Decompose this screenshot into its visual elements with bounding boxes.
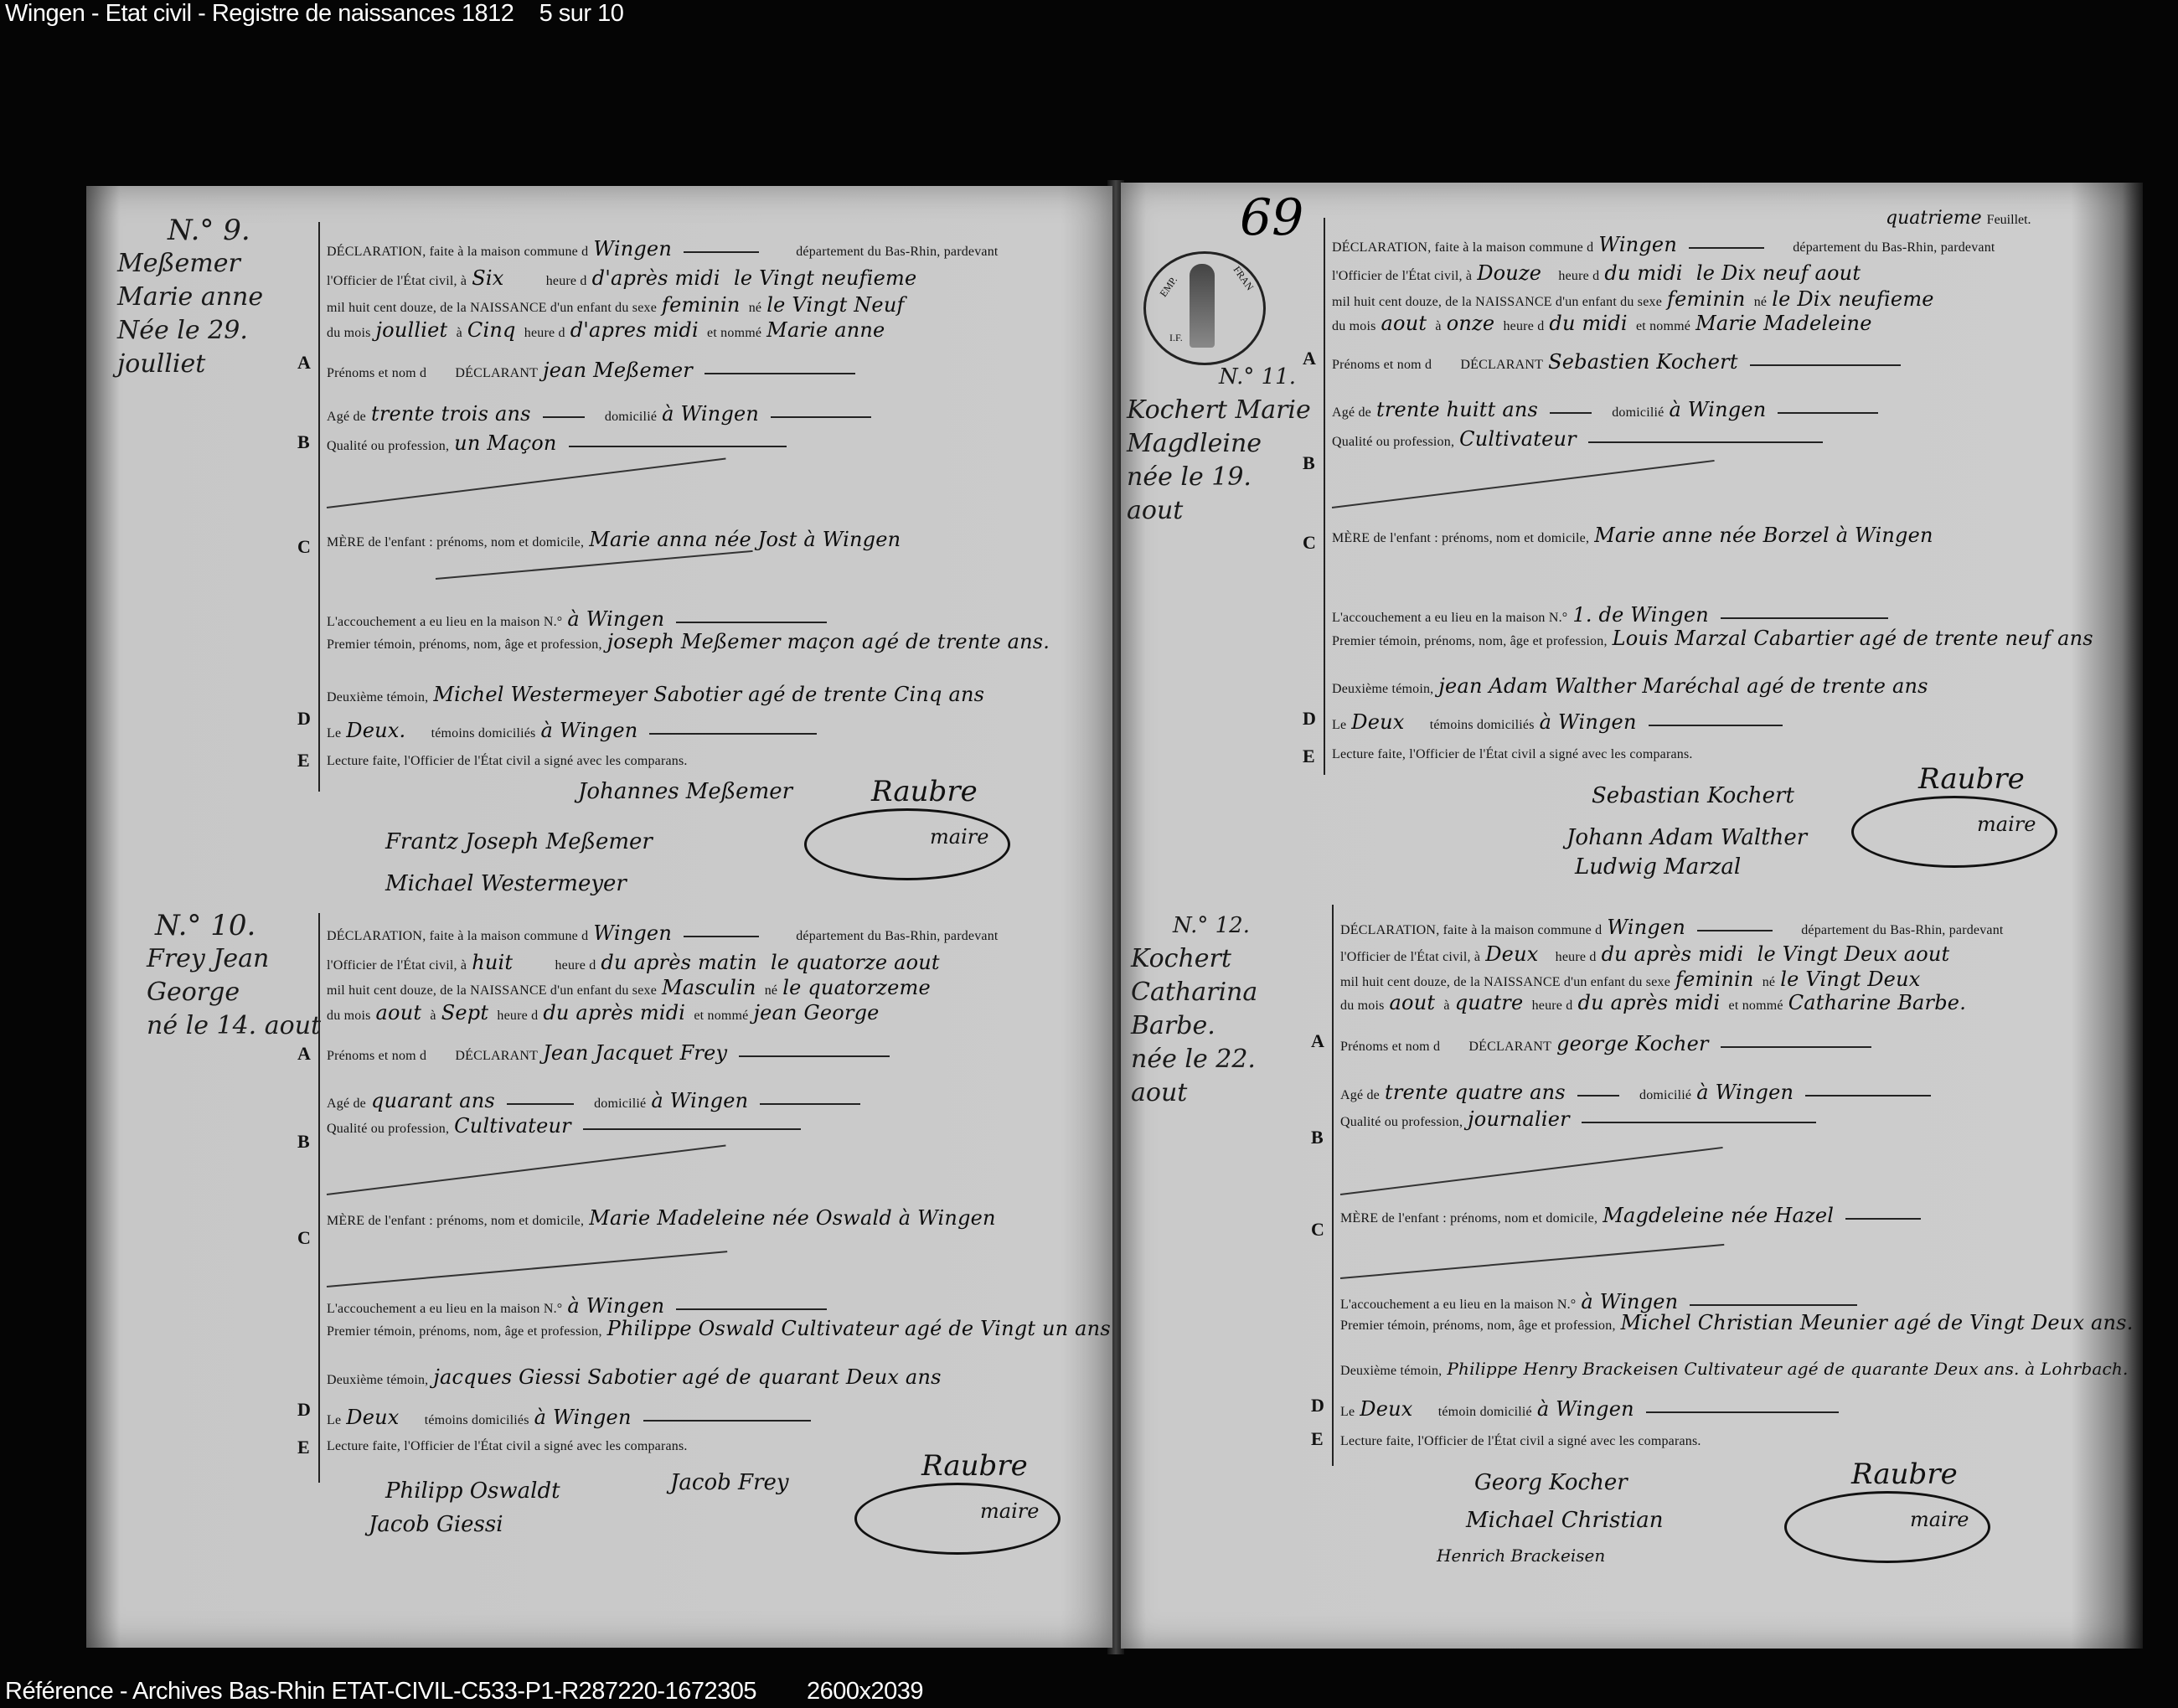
declarant-value: Sebastien Kochert <box>1548 350 1738 374</box>
declarant-line: Prénoms et nom d DÉCLARANTgeorge Kocher <box>1340 1032 1871 1055</box>
age-line: Agé detrente trois ans domiciliéà Wingen <box>327 402 871 426</box>
first-witness-line: Premier témoin, prénoms, nom, âge et pro… <box>1340 1311 2139 1334</box>
birth-line: mil huit cent douze, de la NAISSANCE d'u… <box>1340 968 1925 991</box>
label: département du Bas-Rhin, pardevant <box>796 929 998 943</box>
profession-value: Cultivateur <box>1459 427 1577 451</box>
signature: Ludwig Marzal <box>1575 854 1741 880</box>
house-value: à Wingen <box>567 1294 664 1318</box>
mother-value: Marie anna née Jost à Wingen <box>589 528 901 551</box>
label: Le <box>1332 718 1346 732</box>
sex-value: Masculin <box>662 976 756 999</box>
signature: Johannes Meßemer <box>578 779 792 804</box>
entry-number: N.° 12. <box>1173 909 1315 942</box>
birth-period-value: du après midi <box>1578 991 1721 1014</box>
label: Deuxième témoin, <box>1332 682 1433 696</box>
month-value: aout <box>376 1001 422 1024</box>
margin-note-entry-9: N.° 9. Meßemer Marie anne Née le 29. jou… <box>117 214 310 381</box>
section-letter-e: E <box>1303 746 1315 767</box>
birth-hour-value: quatre <box>1455 991 1524 1014</box>
commune-value: Wingen <box>593 237 672 261</box>
officier-line: l'Officier de l'État civil, àSix heure d… <box>327 266 921 290</box>
signature: Georg Kocher <box>1474 1470 1628 1495</box>
label: mil huit cent douze, de la NAISSANCE d'u… <box>327 301 657 315</box>
born-day-value: le quatorzeme <box>782 976 931 999</box>
label: à <box>1443 998 1449 1013</box>
margin-child-name: Kochert Catharina Barbe. <box>1131 942 1315 1043</box>
section-letter-b: B <box>1303 452 1315 474</box>
officier-line: l'Officier de l'État civil, àhuit heure … <box>327 951 945 974</box>
hour-value: Six <box>472 266 503 290</box>
hour-value: huit <box>472 951 513 974</box>
witness-domicile-value: à Wingen <box>1540 710 1637 734</box>
profession-value: journalier <box>1468 1107 1570 1131</box>
child-name-value: Marie Madeleine <box>1695 312 1872 335</box>
document-title: Wingen - Etat civil - Registre de naissa… <box>5 0 514 27</box>
second-witness-value: jean Adam Walther Maréchal agé de trente… <box>1438 674 1928 698</box>
first-witness-value: Michel Christian Meunier agé de Vingt De… <box>1621 1311 2134 1334</box>
declaration-date-value: le quatorze aout <box>771 951 940 974</box>
born-day-value: le Dix neufieme <box>1772 287 1933 311</box>
label: Prénoms et nom d <box>327 366 426 380</box>
declarant-value: jean Meßemer <box>543 359 693 382</box>
label: L'accouchement a eu lieu en la maison N.… <box>327 615 562 629</box>
witness-domicile-value: à Wingen <box>540 719 637 742</box>
label: l'Officier de l'État civil, à <box>1340 950 1480 964</box>
label: Deuxième témoin, <box>1340 1364 1442 1378</box>
profession-value: Cultivateur <box>454 1114 571 1138</box>
hour-period-value: du midi <box>1604 261 1682 285</box>
label: et nommé <box>694 1009 748 1023</box>
delivery-line: L'accouchement a eu lieu en la maison N.… <box>1340 1290 1857 1313</box>
label: Qualité ou profession, <box>327 1122 449 1136</box>
birth-line: mil huit cent douze, de la NAISSANCE d'u… <box>327 293 910 317</box>
viewer-title-bar: Wingen - Etat civil - Registre de naissa… <box>5 0 623 28</box>
image-dimensions: 2600x2039 <box>807 1678 923 1705</box>
reading-clause: Lecture faite, l'Officier de l'État civi… <box>1340 1434 1701 1449</box>
sex-value: feminin <box>1667 287 1746 311</box>
age-line: Agé detrente huitt ans domiciliéà Wingen <box>1332 398 1878 421</box>
label: DÉCLARATION, faite à la maison commune d <box>1340 923 1602 937</box>
birth-line: mil huit cent douze, de la NAISSANCE d'u… <box>1332 287 1939 311</box>
child-name-value: jean George <box>753 1001 879 1024</box>
witness-count-value: Deux <box>1351 710 1404 734</box>
mayor-title: maire <box>1910 1508 1969 1531</box>
label: du mois <box>327 1009 371 1023</box>
label: MÈRE de l'enfant : prénoms, nom et domic… <box>327 535 584 550</box>
declaration-line: DÉCLARATION, faite à la maison commune d… <box>1332 233 1995 256</box>
delivery-line: L'accouchement a eu lieu en la maison N.… <box>327 1294 827 1318</box>
signature: Henrich Brackeisen <box>1437 1545 1605 1566</box>
age-value: trente huitt ans <box>1376 398 1538 421</box>
age-value: trente quatre ans <box>1385 1081 1566 1104</box>
sheet-word: Feuillet. <box>1987 213 2031 227</box>
margin-rule <box>318 222 320 792</box>
witnesses-domicile-line: LeDeux témoin domiciliéà Wingen <box>1340 1397 1839 1421</box>
label: témoins domiciliés <box>1430 718 1535 732</box>
mother-line: MÈRE de l'enfant : prénoms, nom et domic… <box>1332 524 1938 547</box>
house-value: 1. de Wingen <box>1572 603 1709 627</box>
signature: Sebastian Kochert <box>1592 783 1794 808</box>
label: Qualité ou profession, <box>327 439 449 453</box>
mayor-signature: Raubre maire <box>804 775 1014 875</box>
domicile-value: à Wingen <box>651 1089 748 1112</box>
sheet-ordinal: quatrieme <box>1886 208 1982 229</box>
sheet-label: quatriemeFeuillet. <box>1881 208 2031 229</box>
signature: Jacob Frey <box>670 1470 789 1495</box>
margin-child-name: Frey Jean George <box>147 942 323 1009</box>
mayor-signature: Raubre maire <box>1851 762 2061 863</box>
entry-number: N.° 10. <box>155 909 323 942</box>
second-witness-value: Michel Westermeyer Sabotier agé de trent… <box>433 683 984 706</box>
second-witness-line: Deuxième témoin,Michel Westermeyer Sabot… <box>327 683 989 706</box>
profession-line: Qualité ou profession,un Maçon <box>327 431 787 455</box>
month-line: du moisaout àquatre heure ddu après midi… <box>1340 991 1971 1014</box>
label: département du Bas-Rhin, pardevant <box>796 245 998 259</box>
witness-domicile-value: à Wingen <box>1537 1397 1634 1421</box>
label: heure d <box>1556 950 1597 964</box>
label: Premier témoin, prénoms, nom, âge et pro… <box>327 1324 602 1339</box>
mayor-signature: Raubre maire <box>854 1449 1064 1550</box>
label: né <box>1754 295 1768 309</box>
imperial-tax-stamp: EMP. FRAN I.F. <box>1143 251 1266 365</box>
margin-rule <box>1324 218 1325 775</box>
margin-child-name: Kochert Marie Magdleine <box>1127 394 1311 461</box>
label: à <box>430 1009 436 1023</box>
label: Agé de <box>327 1097 366 1111</box>
declarant-value: Jean Jacquet Frey <box>543 1041 727 1065</box>
month-line: du moisaout àSept heure ddu après midi e… <box>327 1001 885 1024</box>
label: Le <box>327 726 341 740</box>
birth-hour-value: onze <box>1447 312 1495 335</box>
label: DÉCLARANT <box>1468 1040 1551 1054</box>
margin-note-entry-12: N.° 12. Kochert Catharina Barbe. née le … <box>1131 909 1315 1110</box>
commune-value: Wingen <box>1607 916 1685 939</box>
label: Prénoms et nom d <box>1340 1040 1440 1054</box>
witness-count-value: Deux <box>346 1406 399 1429</box>
margin-rule <box>1332 905 1334 1466</box>
age-line: Agé dequarant ans domiciliéà Wingen <box>327 1089 860 1112</box>
birth-period-value: du midi <box>1549 312 1627 335</box>
sex-value: feminin <box>662 293 741 317</box>
label: heure d <box>1532 998 1573 1013</box>
reading-clause: Lecture faite, l'Officier de l'État civi… <box>327 754 688 769</box>
declarant-line: Prénoms et nom d DÉCLARANTjean Meßemer <box>327 359 855 382</box>
born-day-value: le Vingt Deux <box>1780 968 1920 991</box>
label: DÉCLARANT <box>455 1049 538 1063</box>
domicile-value: à Wingen <box>1696 1081 1793 1104</box>
label: du mois <box>1340 998 1385 1013</box>
margin-birth-date: né le 14. aout <box>147 1009 323 1043</box>
label: à <box>1435 319 1441 333</box>
label: mil huit cent douze, de la NAISSANCE d'u… <box>1340 975 1670 989</box>
birth-hour-value: Cinq <box>467 318 516 342</box>
label: heure d <box>555 958 596 973</box>
label: DÉCLARANT <box>455 366 538 380</box>
label: né <box>1763 975 1776 989</box>
first-witness-value: joseph Meßemer maçon agé de trente ans. <box>607 630 1050 653</box>
witnesses-domicile-line: LeDeux témoins domiciliésà Wingen <box>1332 710 1783 734</box>
label: et nommé <box>707 326 761 340</box>
label: Qualité ou profession, <box>1340 1115 1463 1129</box>
second-witness-line: Deuxième témoin,jacques Giessi Sabotier … <box>327 1365 947 1389</box>
month-line: du moisjoulliet àCinq heure dd'apres mid… <box>327 318 890 342</box>
signature: Jacob Giessi <box>369 1512 503 1537</box>
reading-clause: Lecture faite, l'Officier de l'État civi… <box>327 1439 688 1454</box>
label: Deuxième témoin, <box>327 690 428 704</box>
label: Prénoms et nom d <box>327 1049 426 1063</box>
profession-line: Qualité ou profession,Cultivateur <box>327 1114 801 1138</box>
witnesses-domicile-line: LeDeux témoins domiciliésà Wingen <box>327 1406 811 1429</box>
label: DÉCLARATION, faite à la maison commune d <box>327 245 588 259</box>
child-name-value: Marie anne <box>766 318 885 342</box>
margin-note-entry-11: N.° 11. Kochert Marie Magdleine née le 1… <box>1127 360 1311 528</box>
hour-period-value: du après midi <box>1602 942 1744 966</box>
margin-birth-date: Née le 29. joulliet <box>117 314 310 381</box>
witnesses-domicile-line: LeDeux. témoins domiciliésà Wingen <box>327 719 817 742</box>
delivery-line: L'accouchement a eu lieu en la maison N.… <box>1332 603 1888 627</box>
mayor-name: Raubre <box>871 775 978 808</box>
mayor-title: maire <box>980 1499 1039 1523</box>
birth-period-value: d'apres midi <box>570 318 699 342</box>
first-witness-line: Premier témoin, prénoms, nom, âge et pro… <box>1332 627 2098 650</box>
section-letter-b: B <box>297 431 310 453</box>
label: à <box>457 326 462 340</box>
label: et nommé <box>1729 998 1783 1013</box>
age-line: Agé detrente quatre ans domiciliéà Winge… <box>1340 1081 1931 1104</box>
label: l'Officier de l'État civil, à <box>327 958 467 973</box>
first-witness-line: Premier témoin, prénoms, nom, âge et pro… <box>327 1317 1116 1340</box>
hour-value: Douze <box>1477 261 1541 285</box>
commune-value: Wingen <box>593 921 672 945</box>
declaration-line: DÉCLARATION, faite à la maison commune d… <box>1340 916 2004 939</box>
label: témoins domiciliés <box>431 726 536 740</box>
margin-child-name: Meßemer Marie anne <box>117 247 310 314</box>
label: Prénoms et nom d <box>1332 358 1432 372</box>
hour-period-value: du après matin <box>601 951 756 974</box>
stamp-figure-icon <box>1190 264 1215 348</box>
declaration-date-value: le Dix neuf aout <box>1696 261 1861 285</box>
section-letter-e: E <box>1311 1428 1324 1450</box>
label: Deuxième témoin, <box>327 1373 428 1387</box>
label: Premier témoin, prénoms, nom, âge et pro… <box>1340 1318 1616 1333</box>
profession-value: un Maçon <box>454 431 556 455</box>
label: domicilié <box>1639 1088 1691 1102</box>
mayor-title: maire <box>1977 813 2036 836</box>
profession-line: Qualité ou profession,Cultivateur <box>1332 427 1823 451</box>
section-letter-c: C <box>297 1227 311 1249</box>
label: domicilié <box>594 1097 646 1111</box>
first-witness-value: Philippe Oswald Cultivateur agé de Vingt… <box>607 1317 1111 1340</box>
section-letter-c: C <box>297 536 311 558</box>
mother-value: Marie Madeleine née Oswald à Wingen <box>589 1206 996 1230</box>
officier-line: l'Officier de l'État civil, àDeux heure … <box>1340 942 1954 966</box>
label: Agé de <box>327 410 366 424</box>
label: L'accouchement a eu lieu en la maison N.… <box>1340 1298 1576 1312</box>
officier-line: l'Officier de l'État civil, àDouze heure… <box>1332 261 1866 285</box>
archive-reference: Référence - Archives Bas-Rhin ETAT-CIVIL… <box>5 1678 756 1705</box>
label: Le <box>1340 1405 1355 1419</box>
label: Agé de <box>1332 405 1371 420</box>
label: DÉCLARANT <box>1460 358 1543 372</box>
margin-birth-date: née le 19. aout <box>1127 461 1311 528</box>
label: né <box>749 301 762 315</box>
entry-number: N.° 11. <box>1219 360 1311 394</box>
section-letter-c: C <box>1303 532 1316 554</box>
label: MÈRE de l'enfant : prénoms, nom et domic… <box>327 1214 584 1228</box>
section-letter-a: A <box>297 352 311 374</box>
birth-period-value: du après midi <box>543 1001 685 1024</box>
commune-value: Wingen <box>1598 233 1677 256</box>
label: MÈRE de l'enfant : prénoms, nom et domic… <box>1332 531 1589 545</box>
label: l'Officier de l'État civil, à <box>1332 269 1472 283</box>
month-value: aout <box>1381 312 1427 335</box>
label: mil huit cent douze, de la NAISSANCE d'u… <box>1332 295 1662 309</box>
second-witness-line: Deuxième témoin,Philippe Henry Brackeise… <box>1340 1359 2134 1379</box>
label: né <box>765 983 778 998</box>
section-letter-c: C <box>1311 1219 1324 1241</box>
birth-hour-value: Sept <box>441 1001 488 1024</box>
section-letter-a: A <box>1311 1030 1324 1052</box>
label: Agé de <box>1340 1088 1380 1102</box>
reading-clause: Lecture faite, l'Officier de l'État civi… <box>1332 747 1693 762</box>
mayor-signature: Raubre maire <box>1784 1458 1994 1558</box>
label: heure d <box>1503 319 1544 333</box>
declaration-date-value: le Vingt Deux aout <box>1757 942 1950 966</box>
label: heure d <box>524 326 565 340</box>
house-value: à Wingen <box>567 607 664 631</box>
domicile-value: à Wingen <box>662 402 759 426</box>
declaration-line: DÉCLARATION, faite à la maison commune d… <box>327 237 999 261</box>
domicile-value: à Wingen <box>1669 398 1766 421</box>
sex-value: feminin <box>1675 968 1754 991</box>
label: et nommé <box>1636 319 1690 333</box>
mayor-name: Raubre <box>1918 762 2025 796</box>
signature: Michael Westermeyer <box>385 871 627 896</box>
label: Qualité ou profession, <box>1332 435 1454 449</box>
mayor-name: Raubre <box>921 1449 1028 1483</box>
signature: Michael Christian <box>1466 1508 1663 1533</box>
label: heure d <box>1558 269 1599 283</box>
label: Le <box>327 1413 341 1427</box>
label: domicilié <box>1612 405 1664 420</box>
child-name-value: Catharine Barbe. <box>1788 991 1966 1014</box>
margin-note-entry-10: N.° 10. Frey Jean George né le 14. aout <box>147 909 323 1043</box>
delivery-line: L'accouchement a eu lieu en la maison N.… <box>327 607 827 631</box>
witness-domicile-value: à Wingen <box>534 1406 632 1429</box>
folio-number: 69 <box>1240 188 1303 247</box>
section-letter-b: B <box>1311 1127 1324 1148</box>
label: l'Officier de l'État civil, à <box>327 274 467 288</box>
age-value: quarant ans <box>371 1089 495 1112</box>
mayor-name: Raubre <box>1851 1458 1958 1491</box>
witness-count-value: Deux. <box>346 719 405 742</box>
born-day-value: le Vingt Neuf <box>766 293 904 317</box>
label: témoin domicilié <box>1438 1405 1532 1419</box>
mother-line: MÈRE de l'enfant : prénoms, nom et domic… <box>1340 1204 1921 1227</box>
hour-period-value: d'après midi <box>592 266 720 290</box>
section-letter-d: D <box>1311 1395 1324 1416</box>
mother-line: MÈRE de l'enfant : prénoms, nom et domic… <box>327 528 906 551</box>
mayor-title: maire <box>930 825 988 849</box>
first-witness-value: Louis Marzal Cabartier agé de trente neu… <box>1613 627 2093 650</box>
label: DÉCLARATION, faite à la maison commune d <box>1332 240 1593 255</box>
section-letter-a: A <box>1303 348 1316 369</box>
hour-value: Deux <box>1485 942 1538 966</box>
label: MÈRE de l'enfant : prénoms, nom et domic… <box>1340 1211 1597 1226</box>
month-value: aout <box>1390 991 1436 1014</box>
house-value: à Wingen <box>1581 1290 1678 1313</box>
declaration-line: DÉCLARATION, faite à la maison commune d… <box>327 921 999 945</box>
section-letter-d: D <box>1303 708 1316 730</box>
label: témoins domiciliés <box>425 1413 529 1427</box>
signature: Johann Adam Walther <box>1566 825 1807 850</box>
label: domicilié <box>605 410 657 424</box>
section-letter-d: D <box>297 1399 311 1421</box>
first-witness-line: Premier témoin, prénoms, nom, âge et pro… <box>327 630 1055 653</box>
second-witness-value: jacques Giessi Sabotier agé de quarant D… <box>433 1365 941 1389</box>
margin-rule <box>318 913 320 1483</box>
stamp-text-left: EMP. <box>1157 274 1179 299</box>
section-letter-e: E <box>297 750 310 771</box>
declarant-value: george Kocher <box>1556 1032 1709 1055</box>
label: DÉCLARATION, faite à la maison commune d <box>327 929 588 943</box>
declaration-date-value: le Vingt neufieme <box>734 266 916 290</box>
stamp-text-bottom: I.F. <box>1169 332 1183 344</box>
label: heure d <box>546 274 587 288</box>
section-letter-b: B <box>297 1131 310 1153</box>
second-witness-line: Deuxième témoin,jean Adam Walther Maréch… <box>1332 674 1933 698</box>
signature: Philipp Oswaldt <box>385 1478 560 1504</box>
label: du mois <box>1332 319 1376 333</box>
age-value: trente trois ans <box>371 402 531 426</box>
mother-value: Magdeleine née Hazel <box>1603 1204 1834 1227</box>
section-letter-d: D <box>297 708 311 730</box>
page-indicator: 5 sur 10 <box>539 0 624 27</box>
profession-line: Qualité ou profession,journalier <box>1340 1107 1816 1131</box>
viewer-reference-bar: Référence - Archives Bas-Rhin ETAT-CIVIL… <box>5 1678 923 1705</box>
month-line: du moisaout àonze heure ddu midi et nomm… <box>1332 312 1877 335</box>
label: Premier témoin, prénoms, nom, âge et pro… <box>1332 634 1608 648</box>
second-witness-value: Philippe Henry Brackeisen Cultivateur ag… <box>1447 1359 2128 1379</box>
entry-number: N.° 9. <box>168 214 310 247</box>
section-letter-e: E <box>297 1437 310 1458</box>
label: L'accouchement a eu lieu en la maison N.… <box>327 1302 562 1316</box>
label: Premier témoin, prénoms, nom, âge et pro… <box>327 637 602 652</box>
label: du mois <box>327 326 371 340</box>
mother-line: MÈRE de l'enfant : prénoms, nom et domic… <box>327 1206 1001 1230</box>
birth-line: mil huit cent douze, de la NAISSANCE d'u… <box>327 976 936 999</box>
month-value: joulliet <box>376 318 448 342</box>
signature: Frantz Joseph Meßemer <box>385 829 653 854</box>
label: mil huit cent douze, de la NAISSANCE d'u… <box>327 983 657 998</box>
declarant-line: Prénoms et nom d DÉCLARANTJean Jacquet F… <box>327 1041 890 1065</box>
witness-count-value: Deux <box>1360 1397 1412 1421</box>
label: département du Bas-Rhin, pardevant <box>1801 923 2003 937</box>
label: heure d <box>497 1009 538 1023</box>
mother-value: Marie anne née Borzel à Wingen <box>1594 524 1933 547</box>
declarant-line: Prénoms et nom d DÉCLARANTSebastien Koch… <box>1332 350 1901 374</box>
section-letter-a: A <box>297 1043 311 1065</box>
label: département du Bas-Rhin, pardevant <box>1793 240 1995 255</box>
margin-birth-date: née le 22. aout <box>1131 1043 1315 1110</box>
label: L'accouchement a eu lieu en la maison N.… <box>1332 611 1567 625</box>
